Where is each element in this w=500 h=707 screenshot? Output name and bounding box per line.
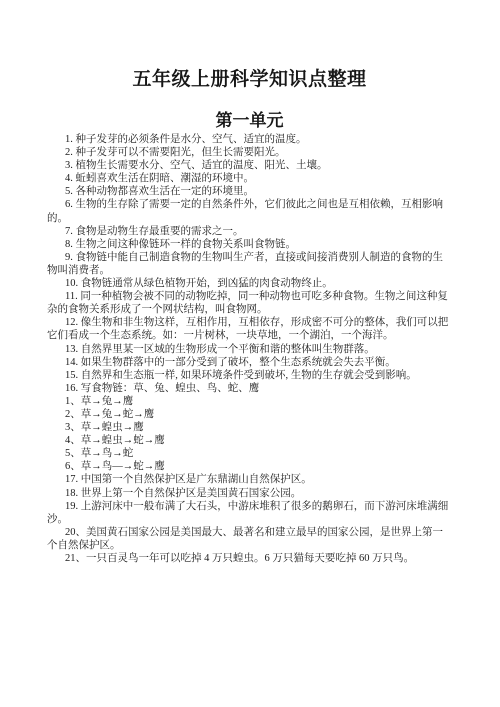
- knowledge-item: 19. 上游河床中一般布满了大石头，中游床堆积了很多的鹅卵石，而下游河床堆满细沙…: [47, 500, 452, 526]
- knowledge-item: 9. 食物链中能自己制造食物的生物叫生产者，直接或间接消费别人制造的食物的生物叫…: [47, 251, 452, 277]
- food-chain-item: 3、草→蝗虫→鹰: [47, 421, 452, 434]
- food-chain-item: 5、草→鸟→蛇: [47, 447, 452, 460]
- knowledge-item: 2. 种子发芽可以不需要阳光，但生长需要阳光。: [47, 146, 452, 159]
- knowledge-item: 15. 自然界和生态瓶一样, 如果环境条件受到破坏, 生物的生存就会受到影响。: [47, 369, 452, 382]
- knowledge-item: 16. 写食物链：草、兔、蝗虫、鸟、蛇、鹰: [47, 382, 452, 395]
- knowledge-item: 5. 各种动物都喜欢生活在一定的环境里。: [47, 185, 452, 198]
- knowledge-item: 21、一只百灵鸟一年可以吃掉 4 万只蝗虫。6 万只猫每天要吃掉 60 万只鸟。: [47, 552, 452, 565]
- knowledge-item: 17. 中国第一个自然保护区是广东鼎湖山自然保护区。: [47, 473, 452, 486]
- knowledge-item: 1. 种子发芽的必须条件是水分、空气、适宜的温度。: [47, 133, 452, 146]
- knowledge-item: 14. 如果生物群落中的一部分受到了破坏，整个生态系统就会失去平衡。: [47, 356, 452, 369]
- food-chain-item: 4、草→蝗虫→蛇→鹰: [47, 434, 452, 447]
- knowledge-item: 12. 像生物和非生物这样，互相作用，互相依存，形成密不可分的整体，我们可以把它…: [47, 316, 452, 342]
- knowledge-item: 8. 生物之间这种像链环一样的食物关系叫食物链。: [47, 238, 452, 251]
- document-page: 五年级上册科学知识点整理 第一单元 1. 种子发芽的必须条件是水分、空气、适宜的…: [0, 0, 500, 707]
- knowledge-item: 6. 生物的生存除了需要一定的自然条件外，它们彼此之间也是互相依赖，互相影响的。: [47, 198, 452, 224]
- knowledge-list: 1. 种子发芽的必须条件是水分、空气、适宜的温度。 2. 种子发芽可以不需要阳光…: [47, 133, 452, 565]
- knowledge-item: 10. 食物链通常从绿色植物开始，到凶猛的肉食动物终止。: [47, 277, 452, 290]
- food-chain-item: 2、草→兔→蛇→鹰: [47, 408, 452, 421]
- knowledge-item: 7. 食物是动物生存最重要的需求之一。: [47, 225, 452, 238]
- knowledge-item: 4. 蚯蚓喜欢生活在阴暗、潮湿的环境中。: [47, 172, 452, 185]
- section-title: 第一单元: [47, 112, 452, 129]
- knowledge-item: 11. 同一种植物会被不同的动物吃掉，同一种动物也可吃多种食物。生物之间这种复杂…: [47, 290, 452, 316]
- knowledge-item: 3. 植物生长需要水分、空气、适宜的温度、阳光、土壤。: [47, 159, 452, 172]
- food-chain-item: 1、草→兔→鹰: [47, 395, 452, 408]
- knowledge-item: 20、美国黄石国家公园是美国最大、最著名和建立最早的国家公园，是世界上第一个自然…: [47, 526, 452, 552]
- food-chain-item: 6、草→鸟—→蛇→鹰: [47, 460, 452, 473]
- knowledge-item: 13. 自然界里某一区域的生物形成一个平衡和谐的整体叫生物群落。: [47, 343, 452, 356]
- page-title: 五年级上册科学知识点整理: [47, 70, 452, 90]
- knowledge-item: 18. 世界上第一个自然保护区是美国黄石国家公园。: [47, 487, 452, 500]
